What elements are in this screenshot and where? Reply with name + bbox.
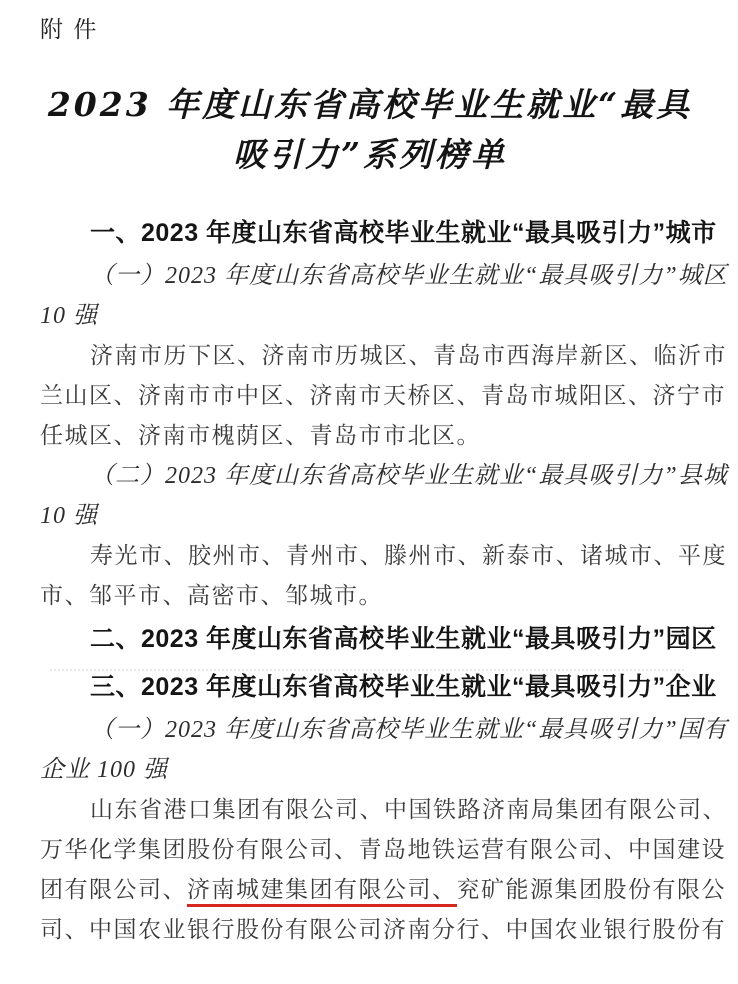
city-district-top10-list-line: 济南市历下区、济南市历城区、青岛市西海岸新区、临沂市 — [40, 336, 700, 376]
text-span: （一）2023 年度山东省高校毕业生就业“最具吸引力”国有 — [90, 717, 728, 743]
document-body: 一、2023 年度山东省高校毕业生就业“最具吸引力”城市（一）2023 年度山东… — [40, 210, 700, 950]
text-span: 山东省港口集团有限公司、中国铁路济南局集团有限公司、 — [90, 797, 727, 822]
document-title-line-1: 2023 年度山东省高校毕业生就业“最具 — [40, 80, 700, 130]
soe-top100-company-list: 山东省港口集团有限公司、中国铁路济南局集团有限公司、万华化学集团股份有限公司、青… — [40, 790, 700, 950]
city-district-top10-list-line: 任城区、济南市槐荫区、青岛市市北区。 — [40, 416, 700, 456]
section-3-1-subheading: （一）2023 年度山东省高校毕业生就业“最具吸引力”国有企业 100 强 — [40, 710, 700, 790]
text-span: 三、2023 年度山东省高校毕业生就业“最具吸引力”企业 — [90, 673, 717, 701]
section-1-heading-line: 一、2023 年度山东省高校毕业生就业“最具吸引力”城市 — [40, 210, 700, 256]
document-title-line-2: 吸引力”系列榜单 — [40, 130, 700, 180]
section-2-heading-line: 二、2023 年度山东省高校毕业生就业“最具吸引力”园区 — [40, 616, 700, 662]
document-page: 附 件 2023 年度山东省高校毕业生就业“最具 吸引力”系列榜单 一、2023… — [0, 0, 738, 984]
text-span: 济南市历下区、济南市历城区、青岛市西海岸新区、临沂市 — [90, 343, 727, 368]
text-span: 二、2023 年度山东省高校毕业生就业“最具吸引力”园区 — [90, 625, 717, 653]
section-1-2-subheading: （二）2023 年度山东省高校毕业生就业“最具吸引力”县城10 强 — [40, 456, 700, 536]
soe-top100-company-list-line: 山东省港口集团有限公司、中国铁路济南局集团有限公司、 — [40, 790, 700, 830]
text-span: 市、邹平市、高密市、邹城市。 — [40, 583, 383, 608]
attachment-label: 附 件 — [40, 14, 700, 44]
section-3-heading-line: 三、2023 年度山东省高校毕业生就业“最具吸引力”企业 — [40, 664, 700, 710]
section-1-1-subheading-line: 10 强 — [40, 296, 700, 336]
soe-top100-company-list-line: 司、中国农业银行股份有限公司济南分行、中国农业银行股份有 — [40, 910, 700, 950]
text-span: 一、2023 年度山东省高校毕业生就业“最具吸引力”城市 — [90, 219, 717, 247]
section-1-2-subheading-line: 10 强 — [40, 496, 700, 536]
section-1-2-subheading-line: （二）2023 年度山东省高校毕业生就业“最具吸引力”县城 — [40, 456, 700, 496]
county-top10-list-line: 寿光市、胶州市、青州市、滕州市、新泰市、诸城市、平度 — [40, 536, 700, 576]
city-district-top10-list-line: 兰山区、济南市市中区、济南市天桥区、青岛市城阳区、济宁市 — [40, 376, 700, 416]
soe-top100-company-list-line: 团有限公司、济南城建集团有限公司、兖矿能源集团股份有限公 — [40, 870, 700, 910]
city-district-top10-list: 济南市历下区、济南市历城区、青岛市西海岸新区、临沂市兰山区、济南市市中区、济南市… — [40, 336, 700, 456]
text-span: 兖矿能源集团股份有限公 — [457, 877, 727, 902]
text-span: （一）2023 年度山东省高校毕业生就业“最具吸引力”城区 — [90, 263, 728, 289]
section-2-heading: 二、2023 年度山东省高校毕业生就业“最具吸引力”园区 — [40, 616, 700, 662]
county-top10-list-line: 市、邹平市、高密市、邹城市。 — [40, 576, 700, 616]
county-top10-list: 寿光市、胶州市、青州市、滕州市、新泰市、诸城市、平度市、邹平市、高密市、邹城市。 — [40, 536, 700, 616]
red-underlined-company-name: 济南城建集团有限公司、 — [187, 877, 457, 907]
soe-top100-company-list-line: 万华化学集团股份有限公司、青岛地铁运营有限公司、中国建设 — [40, 830, 700, 870]
section-1-heading: 一、2023 年度山东省高校毕业生就业“最具吸引力”城市 — [40, 210, 700, 256]
section-1-1-subheading-line: （一）2023 年度山东省高校毕业生就业“最具吸引力”城区 — [40, 256, 700, 296]
text-span: 万华化学集团股份有限公司、青岛地铁运营有限公司、中国建设 — [40, 837, 726, 862]
text-span: 企业 100 强 — [40, 757, 168, 783]
section-1-1-subheading: （一）2023 年度山东省高校毕业生就业“最具吸引力”城区10 强 — [40, 256, 700, 336]
text-span: （二）2023 年度山东省高校毕业生就业“最具吸引力”县城 — [90, 463, 728, 489]
section-3-1-subheading-line: 企业 100 强 — [40, 750, 700, 790]
section-3-heading: 三、2023 年度山东省高校毕业生就业“最具吸引力”企业 — [40, 664, 700, 710]
text-span: 兰山区、济南市市中区、济南市天桥区、青岛市城阳区、济宁市 — [40, 383, 726, 408]
section-3-1-subheading-line: （一）2023 年度山东省高校毕业生就业“最具吸引力”国有 — [40, 710, 700, 750]
text-span: 团有限公司、 — [40, 877, 187, 902]
document-title: 2023 年度山东省高校毕业生就业“最具 吸引力”系列榜单 — [40, 80, 700, 180]
text-span: 10 强 — [40, 503, 98, 529]
text-span: 10 强 — [40, 303, 98, 329]
text-span: 任城区、济南市槐荫区、青岛市市北区。 — [40, 423, 481, 448]
text-span: 寿光市、胶州市、青州市、滕州市、新泰市、诸城市、平度 — [90, 543, 727, 568]
text-span: 司、中国农业银行股份有限公司济南分行、中国农业银行股份有 — [40, 917, 726, 942]
